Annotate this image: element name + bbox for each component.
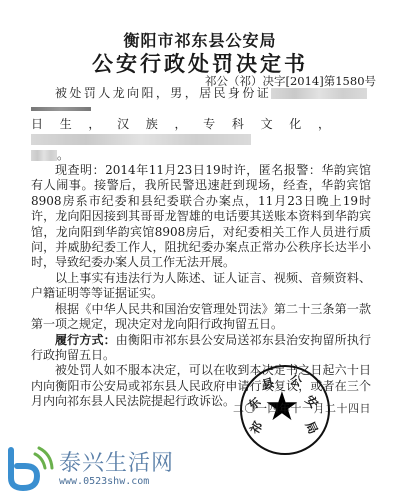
redacted-address xyxy=(31,134,251,145)
site-name: 泰兴生活网 xyxy=(59,446,174,477)
site-watermark: 泰兴生活网 www.0523shw.com xyxy=(5,444,205,492)
paragraph-evidence: 以上事实有违法行为人陈述、证人证言、视频、音频资料、户籍证明等等证据证实。 xyxy=(31,271,371,302)
document-body: 被处罚人龙向阳，男，居民身份证 日生，汉族，专科文化， 。 现查明：2014年1… xyxy=(31,86,371,410)
paragraph-personal-info-cont: 日生，汉族，专科文化， 。 xyxy=(31,117,371,163)
redacted-id-number xyxy=(271,88,367,99)
paragraph-legal-basis: 根据《中华人民共和国治安管理处罚法》第二十三条第一款第一项之规定，现决定对龙向阳… xyxy=(31,302,371,333)
issue-date: 二〇一四年十一月二十四日 xyxy=(233,400,371,416)
paragraph-personal-info: 被处罚人龙向阳，男，居民身份证 xyxy=(31,86,371,117)
redacted-address-end xyxy=(31,150,57,161)
paragraph-facts: 现查明：2014年11月23日19时许，匿名报警：华韵宾馆有人闹事。接警后，我所… xyxy=(31,163,371,271)
penalty-decision-document: 衡阳市祁东县公安局 公安行政处罚决定书 祁公（祁）决字[2014]第1580号 … xyxy=(0,0,400,494)
redacted-birthdate xyxy=(31,107,91,111)
paragraph-execution: 履行方式：由衡阳市祁东县公安局送祁东县治安拘留所执行行政拘留五日。 xyxy=(31,333,371,364)
site-url: www.0523shw.com xyxy=(59,476,149,487)
site-logo-icon xyxy=(5,444,55,492)
